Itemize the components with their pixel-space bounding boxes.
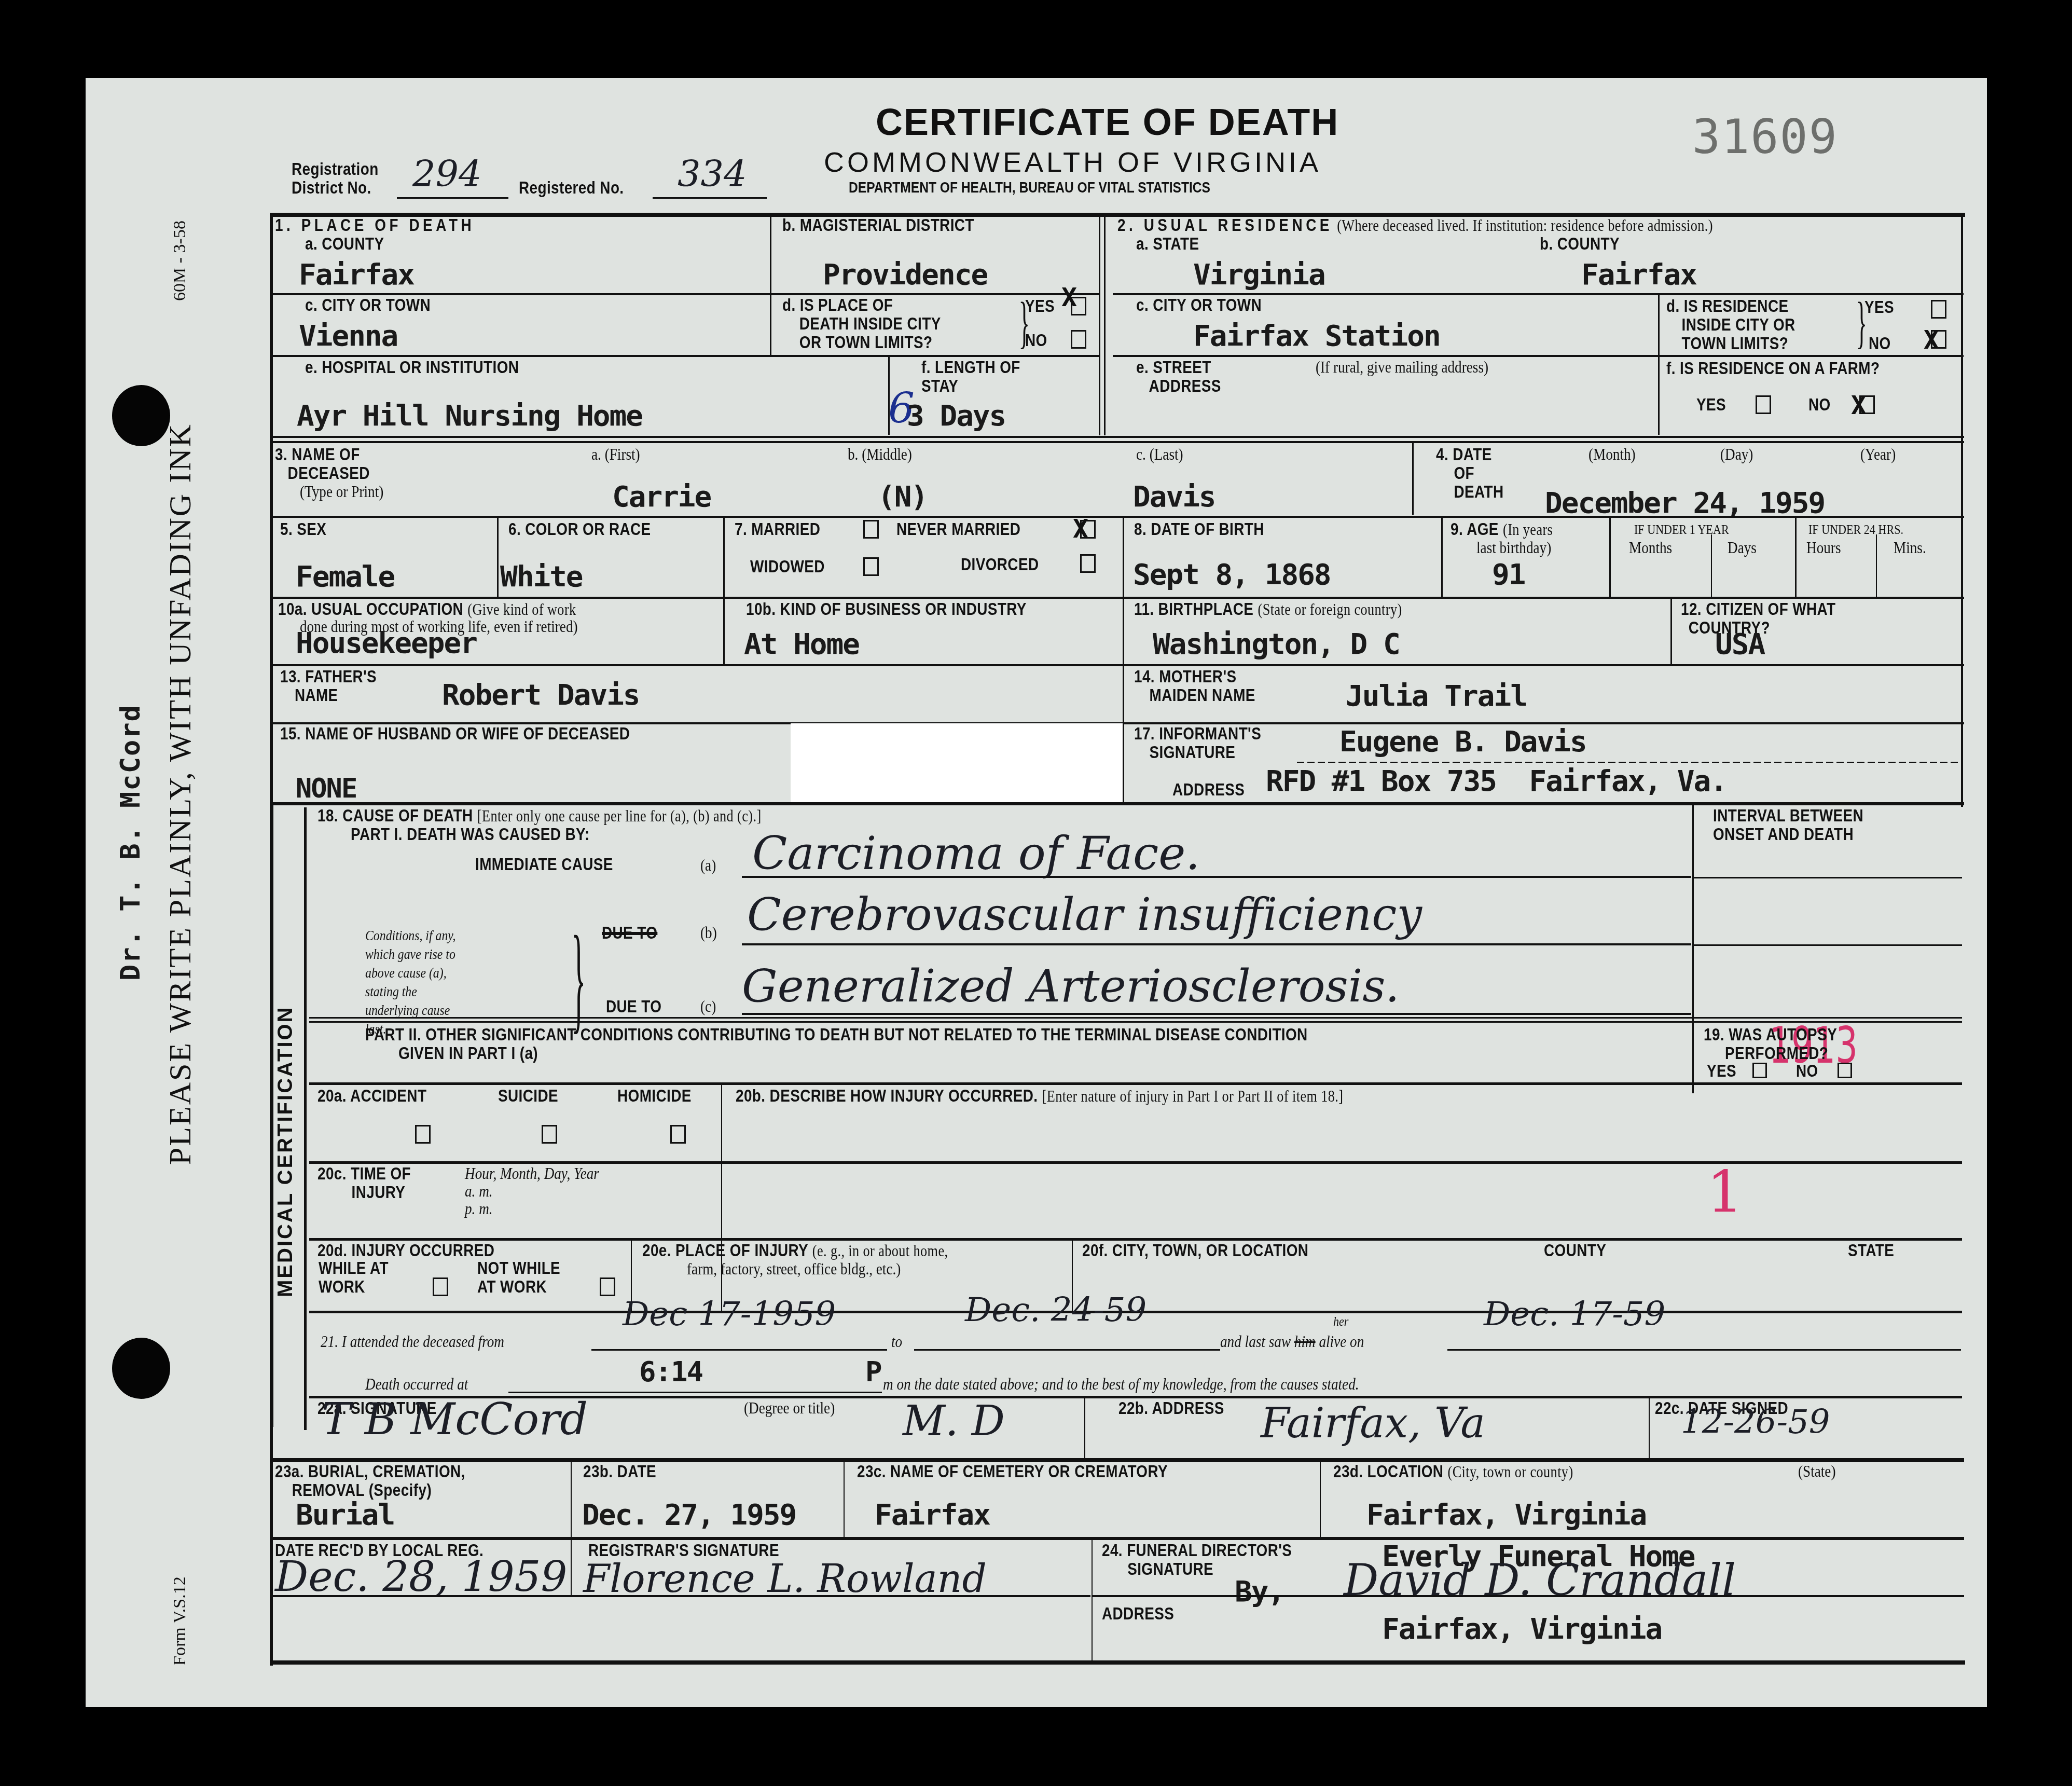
redacted-region <box>791 723 1123 804</box>
street-address-label: e. STREET ADDRESS <box>1136 358 1221 395</box>
sex-value: Female <box>296 561 394 593</box>
injury-occurred-label: 20d. INJURY OCCURRED <box>317 1241 494 1260</box>
row-divider <box>1093 1595 1964 1597</box>
divider <box>1099 215 1100 435</box>
hospital-label: e. HOSPITAL OR INSTITUTION <box>305 358 519 377</box>
death-occurred-suffix: m on the date stated above; and to the b… <box>883 1375 1359 1393</box>
row-divider <box>309 1082 1962 1085</box>
residence-county-label: b. COUNTY <box>1540 235 1620 253</box>
accident-label: 20a. ACCIDENT <box>317 1087 426 1105</box>
city-label: c. CITY OR TOWN <box>305 296 431 314</box>
type-or-print-note: (Type or Print) <box>300 483 383 500</box>
death-inside-yes-mark: X <box>1061 284 1077 310</box>
part2-label-2: GIVEN IN PART I (a) <box>398 1044 538 1063</box>
residence-city-value: Fairfax Station <box>1193 321 1440 352</box>
funeral-director-label: 24. FUNERAL DIRECTOR'S SIGNATURE <box>1102 1541 1292 1578</box>
medical-left-border <box>271 804 273 1427</box>
informant-address-value: RFD #1 Box 735 Fairfax, Va. <box>1266 766 1726 797</box>
divider <box>1658 357 1660 435</box>
under-24-hours-label: IF UNDER 24 HRS. <box>1808 521 1903 539</box>
sex-label: 5. SEX <box>280 520 326 539</box>
interval-divider <box>1692 805 1694 1093</box>
while-at-work-checkbox[interactable] <box>433 1277 448 1296</box>
part2-divider <box>309 1017 1962 1019</box>
part2-label: PART II. OTHER SIGNIFICANT CONDITIONS CO… <box>365 1025 1308 1044</box>
residence-inside-yes-checkbox[interactable] <box>1931 300 1946 319</box>
homicide-label: HOMICIDE <box>617 1087 692 1105</box>
business-value: At Home <box>744 629 859 660</box>
spouse-value: NONE <box>296 773 356 804</box>
race-label: 6. COLOR OR RACE <box>508 520 651 539</box>
medical-certification-label: MEDICAL CERTIFICATION <box>276 1006 295 1298</box>
farm-yes-label: YES <box>1696 395 1726 414</box>
form-right-border-top <box>1961 213 1963 807</box>
informant-signature-underline <box>1297 762 1961 763</box>
race-value: White <box>500 561 583 593</box>
widowed-label: WIDOWED <box>750 557 825 576</box>
under-one-year-label: IF UNDER 1 YEAR <box>1634 521 1729 539</box>
farm-label: f. IS RESIDENCE ON A FARM? <box>1666 359 1880 378</box>
interval-label: INTERVAL BETWEEN ONSET AND DEATH <box>1713 806 1863 844</box>
burial-date-value: Dec. 27, 1959 <box>582 1500 796 1531</box>
marker-c: (c) <box>700 997 716 1015</box>
informant-signature-value: Eugene B. Davis <box>1339 726 1586 758</box>
row-divider <box>1113 355 1964 357</box>
conditions-brace: } <box>571 918 586 1038</box>
suicide-label: SUICIDE <box>498 1087 558 1105</box>
last-name-label: c. (Last) <box>1136 445 1183 463</box>
cemetery-label: 23c. NAME OF CEMETERY OR CREMATORY <box>857 1462 1168 1481</box>
row-divider <box>273 802 1964 805</box>
funeral-address-value: Fairfax, Virginia <box>1382 1614 1662 1645</box>
divider <box>723 598 725 665</box>
divider <box>1795 517 1797 597</box>
birthplace-value: Washington, D C <box>1153 629 1400 660</box>
street-address-note: (If rural, give mailing address) <box>1316 358 1488 376</box>
registered-no-value: 334 <box>678 156 747 192</box>
divorced-label: DIVORCED <box>961 555 1039 574</box>
residence-state-value: Virginia <box>1193 259 1325 291</box>
physician-address-value: Fairfax, Va <box>1261 1405 1485 1441</box>
not-while-at-work-label: NOT WHILE AT WORK <box>477 1259 560 1296</box>
place-of-injury-label: 20e. PLACE OF INJURY (e. g., in or about… <box>642 1241 948 1260</box>
last-saw-label: and last saw him alive on <box>1220 1332 1364 1350</box>
divider <box>1123 665 1124 723</box>
business-label: 10b. KIND OF BUSINESS OR INDUSTRY <box>746 600 1027 619</box>
divider <box>1412 442 1414 515</box>
date-signed-value: 12-26-59 <box>1681 1404 1830 1440</box>
magisterial-district-label: b. MAGISTERIAL DISTRICT <box>782 216 974 235</box>
registered-no-label: Registered No. <box>519 178 624 197</box>
magisterial-district-value: Providence <box>823 259 987 291</box>
divider <box>1441 517 1443 597</box>
divider <box>571 1461 572 1539</box>
death-inside-no-label: NO <box>1025 331 1047 350</box>
suicide-checkbox[interactable] <box>542 1125 557 1144</box>
last-name-value: Davis <box>1133 482 1215 513</box>
part1-label: PART I. DEATH WAS CAUSED BY: <box>351 825 590 844</box>
months-label: Months <box>1629 539 1672 556</box>
due-to-label: DUE TO <box>606 997 661 1016</box>
autopsy-yes-checkbox[interactable] <box>1752 1063 1767 1078</box>
divider <box>1609 517 1611 597</box>
never-married-mark: X <box>1073 516 1088 542</box>
registration-district-label: Registration District No. <box>292 160 379 197</box>
divider <box>1670 598 1672 665</box>
row-divider <box>273 516 1964 518</box>
divider <box>844 1461 845 1539</box>
while-at-work-label: WHILE AT WORK <box>319 1259 389 1296</box>
residence-state-label: a. STATE <box>1136 235 1199 253</box>
underline <box>508 1392 882 1393</box>
registrar-signature-value: Florence L. Rowland <box>583 1561 987 1597</box>
divider <box>1123 517 1124 597</box>
citizenship-value: USA <box>1715 629 1764 660</box>
month-label: (Month) <box>1588 445 1636 463</box>
year-label: (Year) <box>1860 445 1896 463</box>
residence-county-value: Fairfax <box>1581 259 1696 291</box>
residence-inside-no-label: NO <box>1869 334 1891 353</box>
red-mark: 1 <box>1707 1174 1743 1210</box>
marker-a: (a) <box>700 856 716 874</box>
age-value: 91 <box>1492 559 1525 590</box>
registration-district-value: 294 <box>412 156 482 192</box>
part2-divider <box>309 1021 1962 1023</box>
cause-c-line <box>742 1013 1691 1015</box>
married-checkbox[interactable] <box>863 520 879 539</box>
certificate-title: CERTIFICATE OF DEATH <box>876 101 1339 144</box>
death-county-value: Fairfax <box>299 259 414 291</box>
physician-address-label: 22b. ADDRESS <box>1118 1399 1224 1418</box>
row-divider <box>273 664 1964 666</box>
to-label: to <box>891 1332 902 1350</box>
physician-name: Dr. T. B. McCord <box>115 704 146 981</box>
last-saw-value: Dec. 17-59 <box>1484 1296 1665 1332</box>
cemetery-value: Fairfax <box>875 1500 990 1531</box>
occupation-label: 10a. USUAL OCCUPATION (Give kind of work <box>278 600 576 619</box>
funeral-by-label: By, <box>1235 1576 1284 1608</box>
occupation-value: Housekeeper <box>296 628 477 659</box>
pronoun-her: her <box>1333 1313 1348 1330</box>
medical-inner-border <box>304 807 307 1430</box>
attended-from-value: Dec 17-1959 <box>623 1296 836 1332</box>
place-of-injury-note: farm, factory, street, office bldg., etc… <box>687 1260 901 1277</box>
not-while-at-work-checkbox[interactable] <box>600 1277 615 1296</box>
farm-no-mark: X <box>1851 392 1867 418</box>
time-of-injury-note: Hour, Month, Day, Year a. m. p. m. <box>465 1164 599 1217</box>
day-label: (Day) <box>1720 445 1753 463</box>
row-divider <box>273 597 1964 599</box>
divider <box>1092 1539 1093 1664</box>
cause-c-value: Generalized Arteriosclerosis. <box>742 968 1400 1005</box>
due-to-struck-label: DUE TO <box>602 924 657 942</box>
divider <box>1649 1398 1650 1459</box>
divorced-checkbox[interactable] <box>1080 554 1096 573</box>
cause-of-death-label: 18. CAUSE OF DEATH [Enter only one cause… <box>317 806 762 825</box>
underline <box>591 1349 887 1351</box>
form-code: 60M - 3-58 <box>171 221 189 301</box>
residence-inside-label: d. IS RESIDENCE INSIDE CITY OR TOWN LIMI… <box>1666 297 1795 353</box>
date-of-death-label: 4. DATE OF DEATH <box>1436 445 1503 501</box>
punch-hole-bottom <box>112 1338 170 1399</box>
father-name-label: 13. FATHER'S NAME <box>280 667 377 705</box>
residence-city-label: c. CITY OR TOWN <box>1136 296 1262 314</box>
inside-limits-label: d. IS PLACE OF DEATH INSIDE CITY OR TOWN… <box>782 296 941 352</box>
form-bottom-border <box>270 1660 1965 1665</box>
department-title: DEPARTMENT OF HEALTH, BUREAU OF VITAL ST… <box>849 180 1210 196</box>
usual-residence-label: 2. USUAL RESIDENCE (Where deceased lived… <box>1117 216 1713 235</box>
never-married-label: NEVER MARRIED <box>896 520 1020 539</box>
mother-name-label: 14. MOTHER'S MAIDEN NAME <box>1134 667 1255 705</box>
accident-checkbox[interactable] <box>415 1125 431 1144</box>
interval-line <box>1692 944 1962 946</box>
middle-name-value: (N) <box>878 482 927 513</box>
row-divider <box>273 441 1964 443</box>
hours-label: Hours <box>1806 539 1841 556</box>
hospital-value: Ayr Hill Nursing Home <box>297 401 642 432</box>
middle-name-label: b. (Middle) <box>848 445 912 463</box>
marker-b: (b) <box>700 924 717 941</box>
interval-line <box>1692 877 1962 878</box>
registered-no-underline <box>653 197 767 199</box>
burial-state-note: (State) <box>1798 1462 1836 1480</box>
married-label: 7. MARRIED <box>735 520 820 539</box>
time-of-injury-label: 20c. TIME OF INJURY <box>317 1164 411 1202</box>
injury-county-label: COUNTY <box>1544 1241 1606 1260</box>
date-of-birth-value: Sept 8, 1868 <box>1133 559 1331 590</box>
autopsy-label: 19. WAS AUTOPSY PERFORMED? <box>1704 1025 1837 1063</box>
first-name-value: Carrie <box>612 482 711 513</box>
county-label: a. COUNTY <box>305 235 384 253</box>
divider <box>1084 1398 1085 1459</box>
describe-injury-label: 20b. DESCRIBE HOW INJURY OCCURRED. [Ente… <box>736 1087 1343 1105</box>
widowed-checkbox[interactable] <box>863 557 879 576</box>
homicide-checkbox[interactable] <box>670 1125 686 1144</box>
attended-to-value: Dec. 24-59 <box>965 1292 1146 1328</box>
length-of-stay-label: f. LENGTH OF STAY <box>921 358 1020 395</box>
stamp-number: 31609 <box>1692 110 1838 164</box>
underline <box>1447 1349 1961 1351</box>
divider <box>1876 534 1877 597</box>
divider <box>1104 215 1106 435</box>
death-time-value: 6:14 <box>639 1356 702 1387</box>
cause-a-line <box>742 876 1691 878</box>
death-occurred-label: Death occurred at <box>365 1375 468 1393</box>
first-name-label: a. (First) <box>591 445 640 463</box>
residence-inside-yes-label: YES <box>1864 298 1894 317</box>
farm-yes-checkbox[interactable] <box>1756 395 1771 414</box>
physician-signature: T B McCord <box>322 1401 588 1437</box>
immediate-cause-label: IMMEDIATE CAUSE <box>475 855 613 874</box>
divider <box>571 1539 572 1595</box>
cause-b-line <box>742 943 1691 945</box>
divider <box>1123 723 1124 804</box>
degree-label: (Degree or title) <box>744 1399 835 1417</box>
mother-name-value: Julia Trail <box>1346 681 1527 712</box>
funeral-address-label: ADDRESS <box>1102 1604 1174 1623</box>
informant-label: 17. INFORMANT'S SIGNATURE <box>1134 724 1261 762</box>
autopsy-no-label: NO <box>1796 1062 1818 1080</box>
birthplace-label: 11. BIRTHPLACE (State or foreign country… <box>1134 600 1402 619</box>
death-city-value: Vienna <box>299 321 397 352</box>
burial-date-label: 23b. DATE <box>583 1462 656 1481</box>
autopsy-no-checkbox[interactable] <box>1838 1063 1852 1078</box>
attended-from-label: 21. I attended the deceased from <box>321 1332 504 1350</box>
divider <box>721 1084 722 1313</box>
divider <box>723 517 725 597</box>
burial-type-label: 23a. BURIAL, CREMATION, REMOVAL (Specify… <box>275 1462 465 1500</box>
date-of-death-value: December 24, 1959 <box>1545 488 1825 519</box>
divider <box>1123 598 1124 665</box>
mins-label: Mins. <box>1894 539 1926 556</box>
farm-no-label: NO <box>1808 395 1831 414</box>
row-divider <box>271 1537 1964 1540</box>
injury-state-label: STATE <box>1848 1241 1894 1260</box>
spouse-label: 15. NAME OF HUSBAND OR WIFE OF DECEASED <box>280 724 630 743</box>
punch-hole-top <box>112 385 170 446</box>
row-divider <box>271 1595 1090 1597</box>
place-of-death-section-label: 1. PLACE OF DEATH <box>275 216 475 235</box>
commonwealth-title: COMMONWEALTH OF VIRGINIA <box>824 146 1321 178</box>
days-label: Days <box>1728 539 1757 556</box>
length-of-stay-value: 3 Days <box>907 401 1005 432</box>
registration-district-underline <box>397 197 508 199</box>
burial-location-label: 23d. LOCATION (City, town or county) <box>1333 1462 1573 1481</box>
degree-value: M. D <box>903 1403 1005 1439</box>
divider <box>497 517 499 597</box>
death-meridiem-value: P <box>865 1356 881 1387</box>
burial-location-value: Fairfax, Virginia <box>1366 1500 1646 1531</box>
injury-city-label: 20f. CITY, TOWN, OR LOCATION <box>1082 1241 1308 1260</box>
row-divider <box>273 355 1100 357</box>
age-label: 9. AGE (In years <box>1451 520 1553 539</box>
autopsy-yes-label: YES <box>1707 1062 1736 1080</box>
form-number: Form V.S.12 <box>171 1576 189 1666</box>
informant-address-label: ADDRESS <box>1172 780 1245 799</box>
divider <box>1320 1461 1321 1539</box>
death-inside-no-checkbox[interactable] <box>1071 330 1086 349</box>
age-label-note: last birthday) <box>1476 539 1551 556</box>
row-divider <box>273 436 1964 438</box>
immediate-cause-value: Carcinoma of Face. <box>752 835 1200 872</box>
underline <box>914 1349 1220 1351</box>
father-name-value: Robert Davis <box>442 680 640 711</box>
date-of-birth-label: 8. DATE OF BIRTH <box>1134 520 1264 539</box>
name-of-deceased-label: 3. NAME OF DECEASED <box>275 445 370 483</box>
cause-b-value: Cerebrovascular insufficiency <box>747 897 1422 933</box>
divider <box>770 215 771 355</box>
write-plainly-instruction: PLEASE WRITE PLAINLY, WITH UNFADING INK <box>171 423 189 1165</box>
burial-type-value: Burial <box>296 1500 394 1531</box>
date-received-value: Dec. 28, 1959 <box>275 1559 567 1595</box>
divider <box>1711 534 1712 597</box>
residence-inside-no-mark: X <box>1924 327 1939 353</box>
death-inside-yes-label: YES <box>1025 297 1055 315</box>
funeral-director-signature: David D. Crandall <box>1344 1562 1736 1598</box>
